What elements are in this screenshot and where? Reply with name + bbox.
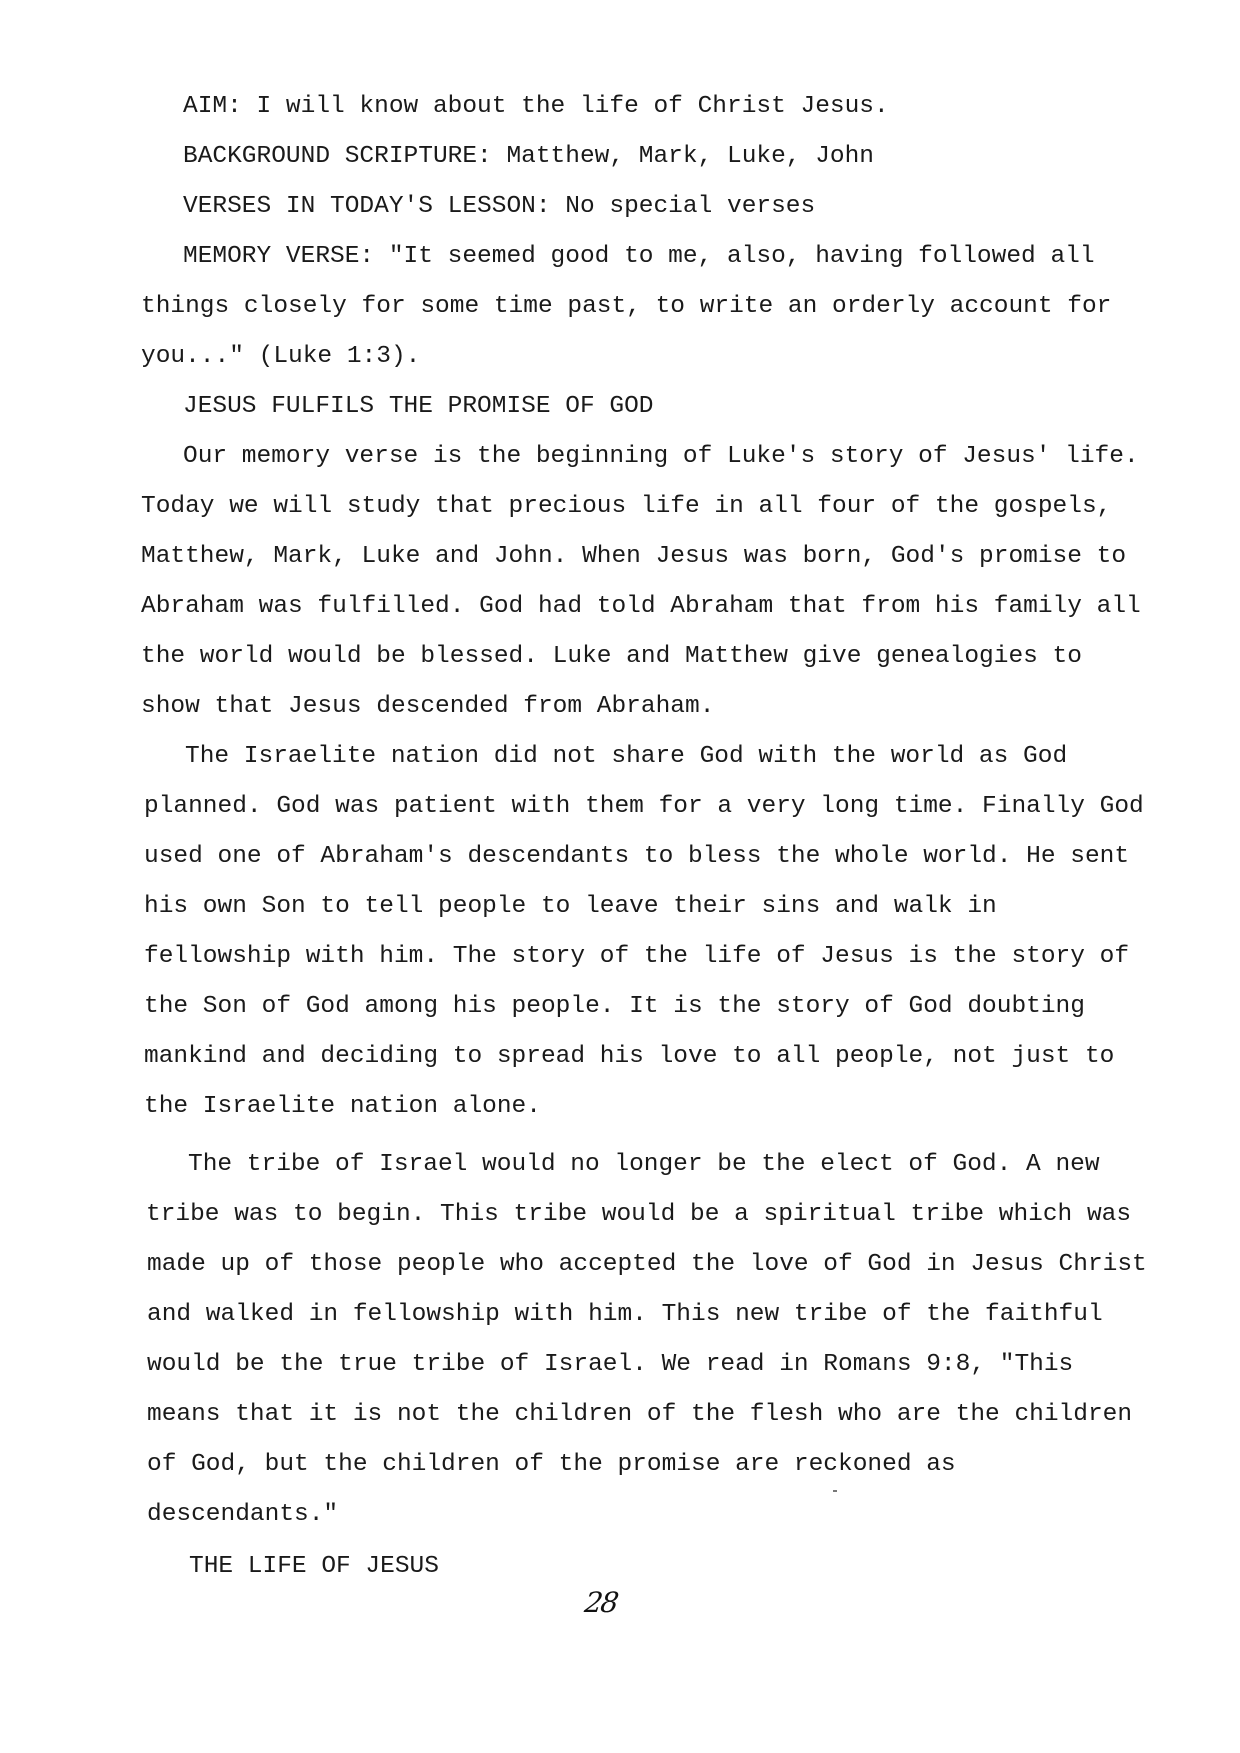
text-line: The tribe of Israel would no longer be t… [188, 1150, 1100, 1180]
section-heading: JESUS FULFILS THE PROMISE OF GOD [183, 392, 653, 422]
text-line: you..." (Luke 1:3). [141, 342, 420, 372]
text-line: Our memory verse is the beginning of Luk… [183, 442, 1139, 472]
document-page: AIM: I will know about the life of Chris… [0, 0, 1240, 1753]
text-line: AIM: I will know about the life of Chris… [183, 92, 889, 122]
text-line: his own Son to tell people to leave thei… [144, 892, 997, 922]
text-line: mankind and deciding to spread his love … [144, 1042, 1114, 1072]
text-line: Matthew, Mark, Luke and John. When Jesus… [141, 542, 1126, 572]
text-line: Today we will study that precious life i… [141, 492, 1111, 522]
text-line: the Israelite nation alone. [144, 1092, 541, 1122]
page-number: 28 [583, 1586, 619, 1619]
text-line: VERSES IN TODAY'S LESSON: No special ver… [183, 192, 815, 222]
text-line: the Son of God among his people. It is t… [144, 992, 1085, 1022]
text-line: Abraham was fulfilled. God had told Abra… [141, 592, 1141, 622]
text-line: planned. God was patient with them for a… [144, 792, 1144, 822]
section-heading: THE LIFE OF JESUS [189, 1552, 439, 1582]
text-line: would be the true tribe of Israel. We re… [147, 1350, 1073, 1380]
text-line: show that Jesus descended from Abraham. [141, 692, 714, 722]
text-line: descendants." [147, 1500, 338, 1530]
text-line: BACKGROUND SCRIPTURE: Matthew, Mark, Luk… [183, 142, 874, 172]
text-line: and walked in fellowship with him. This … [147, 1300, 1103, 1330]
text-line: made up of those people who accepted the… [147, 1250, 1147, 1280]
text-line: The Israelite nation did not share God w… [185, 742, 1067, 772]
scan-speck [833, 1490, 837, 1492]
text-line: the world would be blessed. Luke and Mat… [141, 642, 1082, 672]
text-line: of God, but the children of the promise … [147, 1450, 956, 1480]
text-line: things closely for some time past, to wr… [141, 292, 1111, 322]
text-line: used one of Abraham's descendants to ble… [144, 842, 1129, 872]
text-line: means that it is not the children of the… [147, 1400, 1132, 1430]
text-line: MEMORY VERSE: "It seemed good to me, als… [183, 242, 1095, 272]
text-line: fellowship with him. The story of the li… [144, 942, 1129, 972]
text-line: tribe was to begin. This tribe would be … [146, 1200, 1131, 1230]
